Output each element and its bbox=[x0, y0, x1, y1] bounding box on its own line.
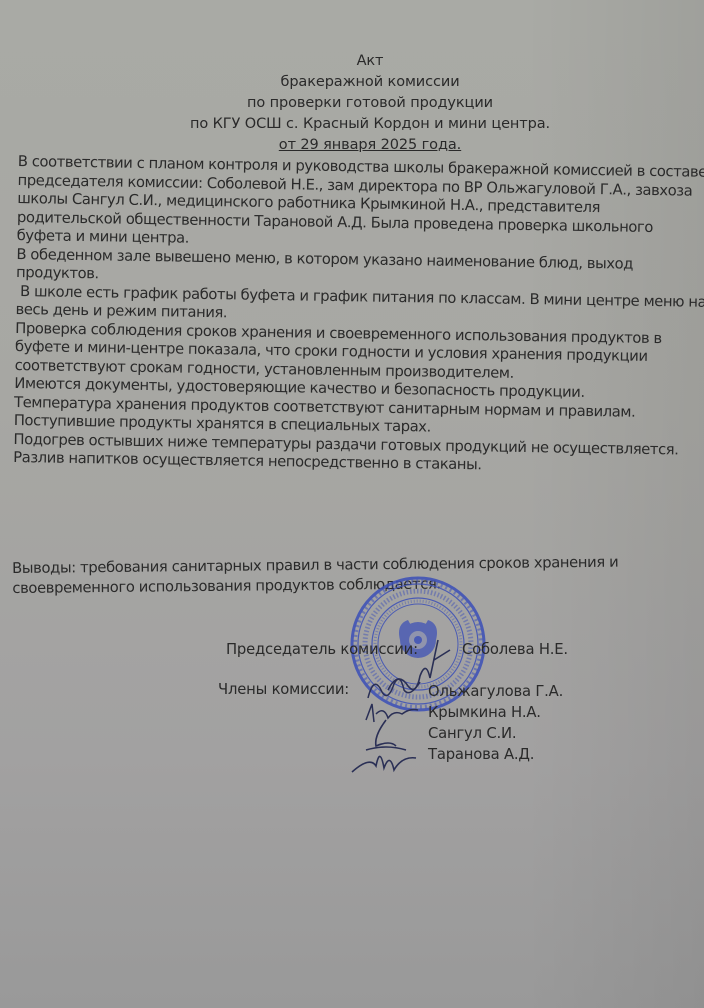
document-body: В соответствии с планом контроля и руков… bbox=[13, 153, 704, 478]
chair-name: Соболева Н.Е. bbox=[462, 641, 568, 658]
document-date: от 29 января 2025 года. bbox=[0, 135, 704, 156]
member-name: Ольжагулова Г.А. bbox=[428, 683, 563, 700]
title-line: по КГУ ОСШ с. Красный Кордон и мини цент… bbox=[0, 114, 704, 135]
title-line: бракеражной комиссии bbox=[0, 72, 704, 93]
member-signature-icon bbox=[346, 716, 426, 778]
member-name: Таранова А.Д. bbox=[428, 746, 534, 763]
chair-label: Председатель комиссии: bbox=[226, 641, 418, 658]
members-label: Члены комиссии: bbox=[218, 681, 349, 698]
member-name: Крымкина Н.А. bbox=[428, 704, 541, 721]
member-name: Сангул С.И. bbox=[428, 725, 516, 742]
title-line: по проверки готовой продукции bbox=[0, 93, 704, 114]
title-line: Акт bbox=[0, 51, 704, 72]
document-title-block: Акт бракеражной комиссии по проверки гот… bbox=[0, 51, 704, 156]
